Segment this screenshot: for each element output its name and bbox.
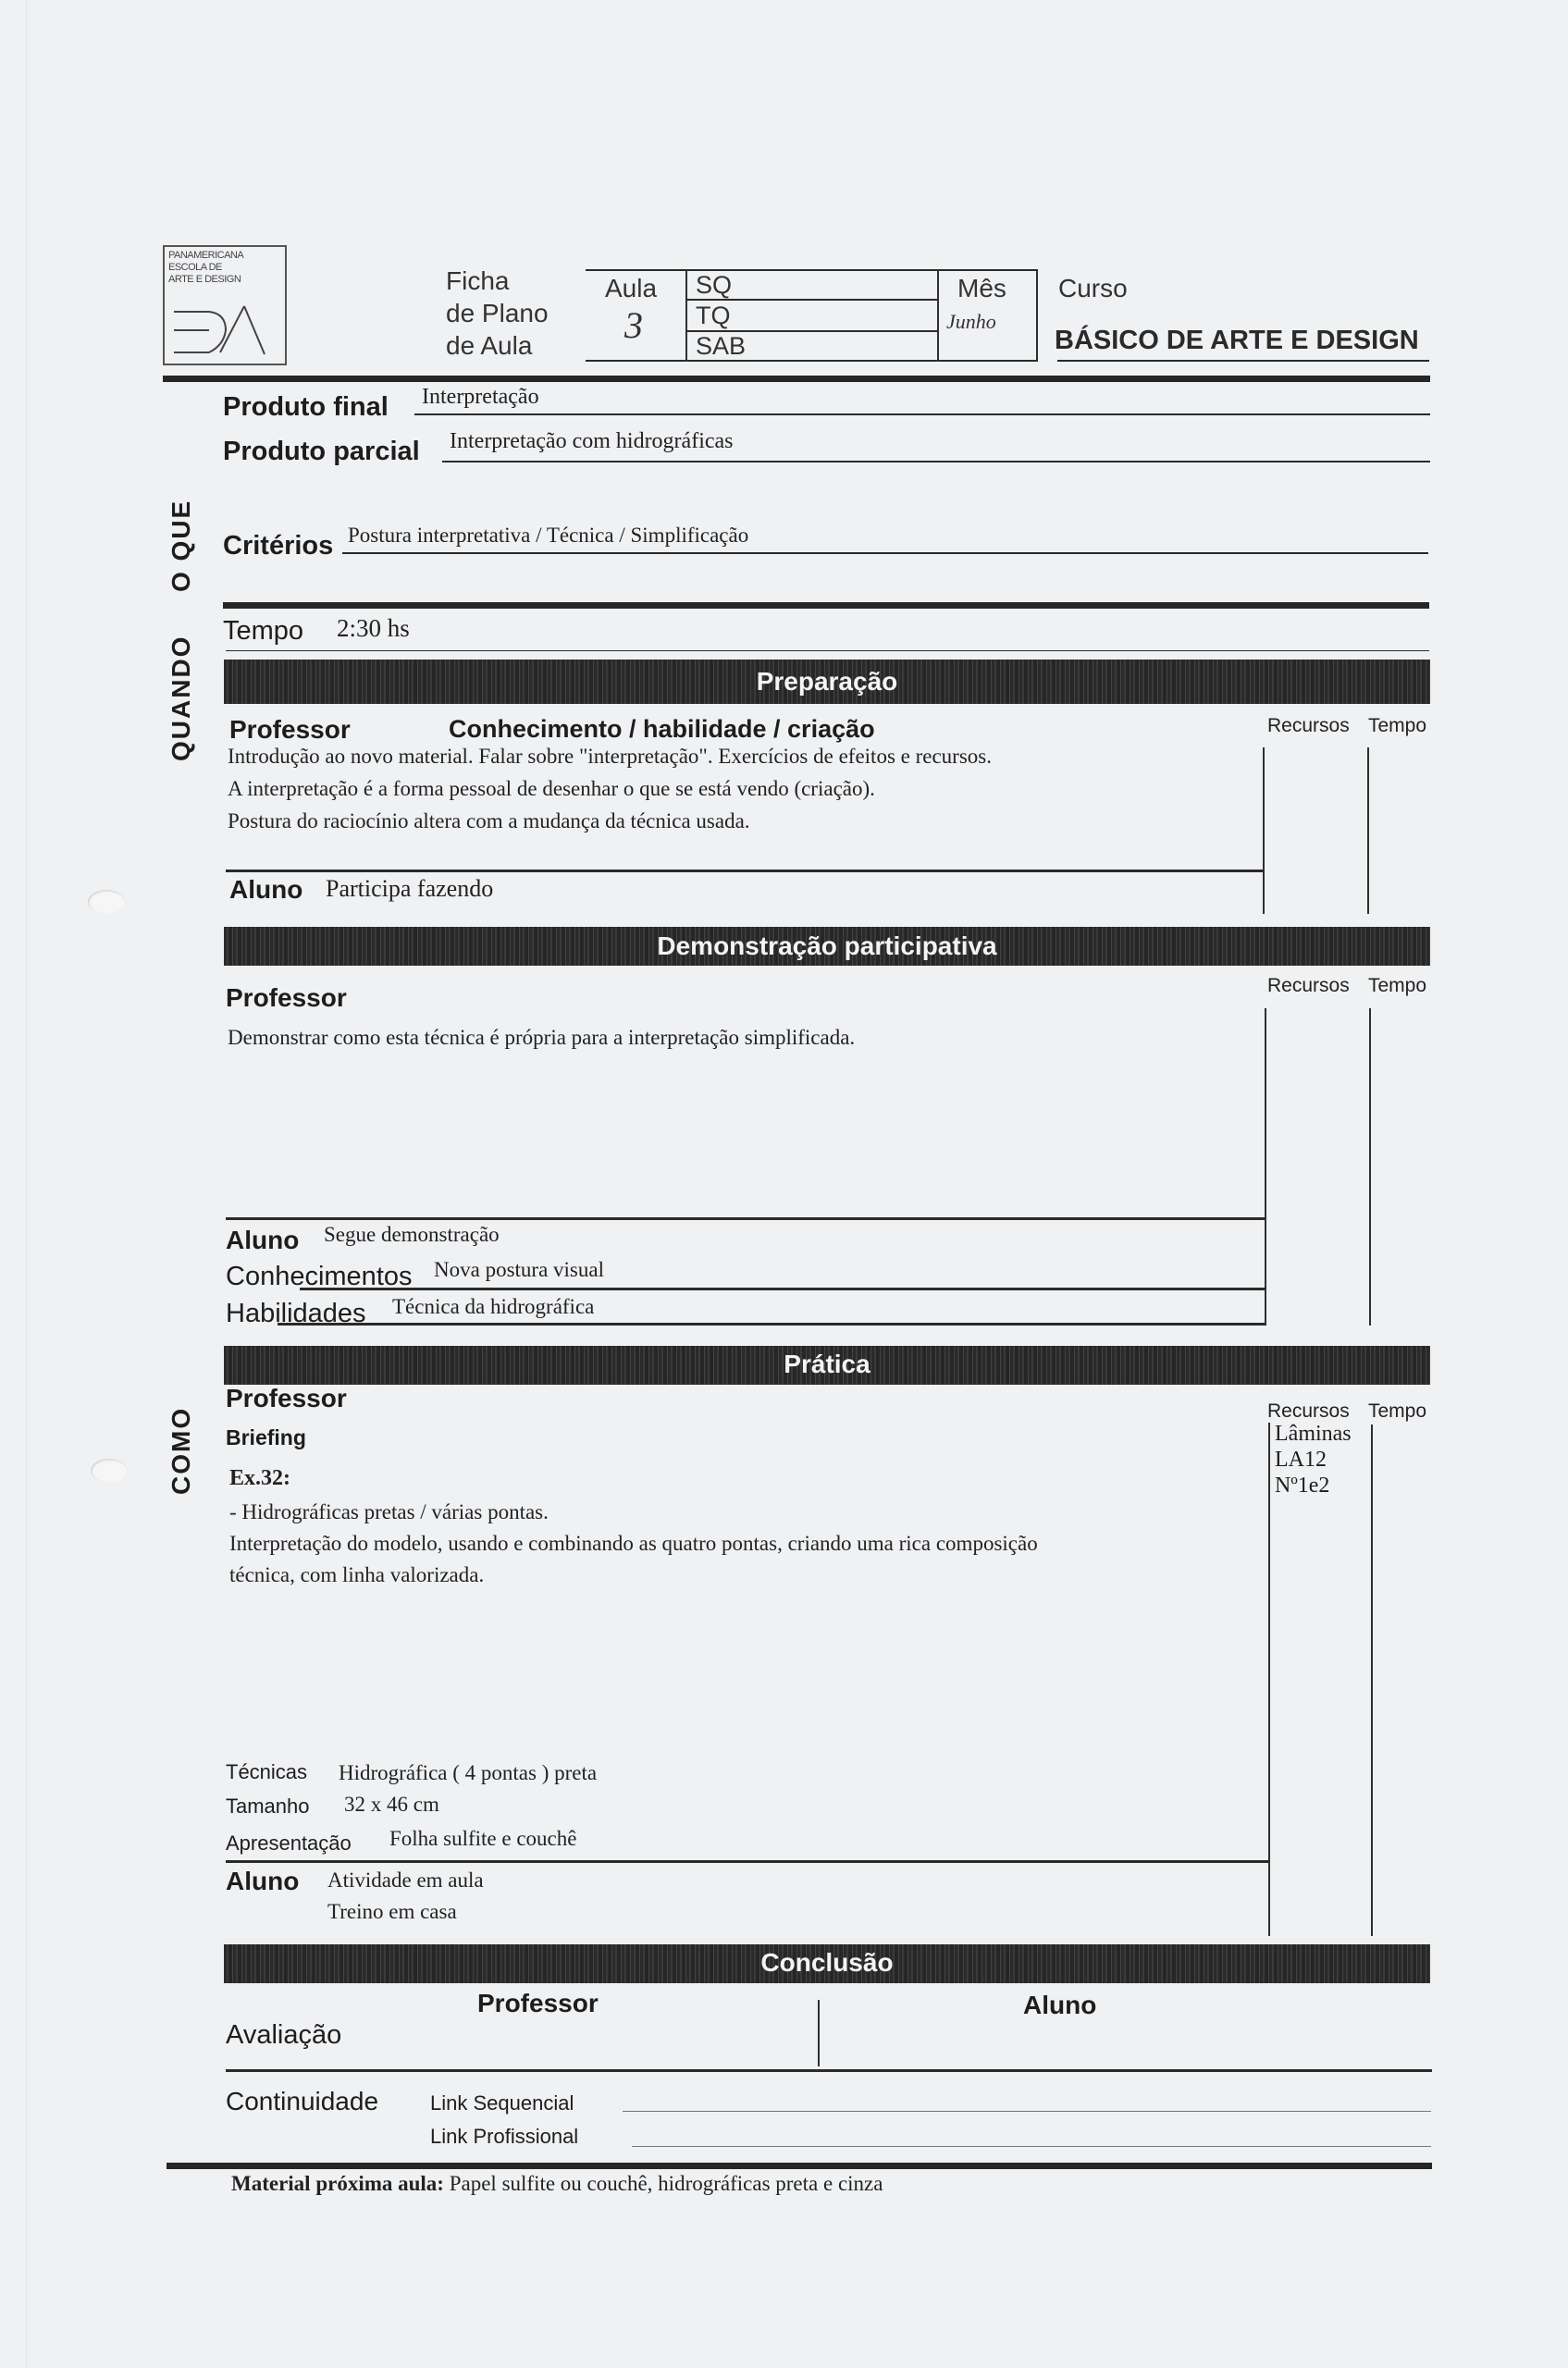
mes-right-border — [1036, 269, 1038, 362]
aula-number[interactable]: 3 — [624, 303, 643, 347]
recurso-item: Nº1e2 — [1275, 1473, 1352, 1498]
school-logo: PANAMERICANA ESCOLA DE ARTE E DESIGN — [163, 245, 287, 365]
tempo-header: Tempo — [1368, 975, 1426, 997]
recursos-header: Recursos — [1267, 715, 1350, 737]
schedule-option-sab[interactable]: SAB — [696, 332, 746, 361]
preparacao-text: Introdução ao novo material. Falar sobre… — [228, 740, 992, 837]
produto-parcial-value[interactable]: Interpretação com hidrográficas — [450, 429, 734, 454]
curso-value[interactable]: BÁSICO DE ARTE E DESIGN — [1055, 326, 1419, 356]
preparacao-line: Postura do raciocínio altera com a mudan… — [228, 805, 992, 837]
conclusao-professor-label: Professor — [477, 1989, 599, 2018]
pratica-text: - Hidrográficas pretas / várias pontas. … — [229, 1497, 1038, 1591]
exercise-number: Ex.32: — [229, 1466, 290, 1491]
side-label-quando: QUANDO — [167, 635, 196, 761]
conhecimentos-value[interactable]: Nova postura visual — [434, 1258, 604, 1282]
link-profissional-label: Link Profissional — [430, 2125, 578, 2149]
preparacao-aluno-value[interactable]: Participa fazendo — [326, 875, 493, 903]
recursos-column-line — [1263, 747, 1265, 914]
habilidades-value[interactable]: Técnica da hidrográfica — [392, 1295, 594, 1319]
demonstracao-aluno-value[interactable]: Segue demonstração — [324, 1223, 500, 1247]
pratica-recursos-list: Lâminas LA12 Nº1e2 — [1275, 1421, 1352, 1498]
link-profissional-field[interactable] — [632, 2146, 1431, 2147]
lesson-plan-sheet: PANAMERICANA ESCOLA DE ARTE E DESIGN Fic… — [0, 0, 1568, 2368]
criterios-underline — [342, 552, 1428, 554]
mes-label: Mês — [957, 274, 1006, 303]
tempo-value[interactable]: 2:30 hs — [337, 614, 410, 643]
produto-final-label: Produto final — [223, 392, 389, 423]
curso-label: Curso — [1058, 274, 1128, 303]
produto-parcial-underline — [442, 461, 1430, 462]
form-title-line: de Aula — [446, 329, 549, 362]
recurso-item: LA12 — [1275, 1447, 1352, 1473]
aula-divider — [685, 269, 687, 362]
pratica-line: - Hidrográficas pretas / várias pontas. — [229, 1497, 1038, 1528]
section-bar-preparacao: Preparação — [224, 660, 1430, 704]
recursos-column-line — [1265, 1008, 1266, 1326]
side-label-como: COMO — [167, 1406, 196, 1494]
preparacao-aluno-label: Aluno — [229, 875, 302, 905]
criterios-value[interactable]: Postura interpretativa / Técnica / Simpl… — [348, 524, 748, 548]
conclusao-aluno-label: Aluno — [1023, 1991, 1096, 2020]
logo-mark-icon — [172, 304, 274, 360]
link-sequencial-field[interactable] — [623, 2111, 1431, 2112]
curso-underline — [1057, 360, 1429, 362]
mes-value[interactable]: Junho — [946, 310, 996, 334]
aluno-activity[interactable]: Atividade em aula — [327, 1865, 484, 1896]
tempo-label: Tempo — [223, 616, 303, 647]
punch-hole — [88, 890, 125, 914]
tamanho-label: Tamanho — [226, 1794, 310, 1819]
schedule-option-tq[interactable]: TQ — [696, 302, 731, 330]
produto-parcial-label: Produto parcial — [223, 437, 420, 467]
tempo-column-line — [1369, 1008, 1371, 1326]
preparacao-line: A interpretação é a forma pessoal de des… — [228, 772, 992, 805]
material-proxima-aula: Material próxima aula: Papel sulfite ou … — [231, 2172, 883, 2196]
pratica-aluno-values: Atividade em aula Treino em casa — [327, 1865, 484, 1928]
section-bar-pratica: Prática — [224, 1346, 1430, 1385]
preparacao-aluno-rule — [226, 869, 1264, 872]
form-title-line: Ficha — [446, 265, 549, 297]
apresentacao-value[interactable]: Folha sulfite e couchê — [389, 1827, 576, 1851]
demonstracao-professor-label: Professor — [226, 983, 347, 1013]
tecnicas-label: Técnicas — [226, 1760, 307, 1784]
criterios-label: Critérios — [223, 531, 333, 561]
recursos-header: Recursos — [1267, 1400, 1350, 1423]
tempo-column-line — [1371, 1424, 1373, 1936]
logo-line: PANAMERICANA — [168, 250, 243, 262]
material-label: Material próxima aula: — [231, 2172, 444, 2195]
logo-line: ARTE E DESIGN — [168, 274, 243, 286]
pratica-professor-label: Professor — [226, 1384, 347, 1413]
punch-hole — [91, 1459, 128, 1483]
tempo-header: Tempo — [1368, 1400, 1426, 1423]
produto-final-value[interactable]: Interpretação — [422, 385, 539, 410]
avaliacao-rule — [226, 2069, 1432, 2072]
demonstracao-text: Demonstrar como esta técnica é própria p… — [228, 1026, 855, 1050]
section-bar-conclusao: Conclusão — [224, 1944, 1430, 1983]
form-title-line: de Plano — [446, 297, 549, 329]
tecnicas-value[interactable]: Hidrográfica ( 4 pontas ) preta — [339, 1761, 597, 1785]
page-edge — [26, 0, 27, 2368]
pratica-aluno-label: Aluno — [226, 1867, 299, 1896]
apresentacao-label: Apresentação — [226, 1831, 352, 1856]
logo-line: ESCOLA DE — [168, 262, 243, 274]
preparacao-line: Introdução ao novo material. Falar sobre… — [228, 740, 992, 772]
pratica-aluno-rule — [226, 1860, 1269, 1863]
recursos-column-line — [1268, 1423, 1270, 1936]
tempo-column-line — [1367, 747, 1369, 914]
header-rule — [163, 376, 1430, 382]
briefing-label: Briefing — [226, 1425, 306, 1450]
side-label-o-que: O QUE — [167, 499, 196, 592]
section-bar-demonstracao: Demonstração participativa — [224, 927, 1430, 966]
conclusao-divider — [818, 2000, 820, 2066]
tempo-underline — [226, 650, 1429, 651]
demonstracao-aluno-label: Aluno — [226, 1226, 299, 1255]
footer-rule — [167, 2163, 1432, 2169]
form-title: Ficha de Plano de Aula — [446, 265, 549, 362]
tamanho-value[interactable]: 32 x 46 cm — [344, 1793, 439, 1817]
aula-bottom-rule — [586, 360, 1037, 362]
habilidades-underline — [278, 1323, 1266, 1326]
recurso-item: Lâminas — [1275, 1421, 1352, 1447]
avaliacao-label: Avaliação — [226, 2020, 341, 2051]
schedule-option-sq[interactable]: SQ — [696, 271, 732, 300]
aula-top-rule — [586, 269, 1037, 271]
continuidade-label: Continuidade — [226, 2087, 378, 2116]
link-sequencial-label: Link Sequencial — [430, 2091, 574, 2115]
recursos-header: Recursos — [1267, 975, 1350, 997]
produto-final-underline — [414, 413, 1430, 415]
conhecimentos-underline — [300, 1288, 1266, 1290]
logo-text: PANAMERICANA ESCOLA DE ARTE E DESIGN — [168, 250, 243, 286]
pratica-line: técnica, com linha valorizada. — [229, 1560, 1038, 1591]
tempo-header: Tempo — [1368, 715, 1426, 737]
o-que-rule — [223, 602, 1429, 609]
material-value[interactable]: Papel sulfite ou couchê, hidrográficas p… — [450, 2172, 883, 2195]
demonstracao-aluno-rule — [226, 1217, 1266, 1220]
aula-label: Aula — [605, 274, 657, 303]
pratica-line: Interpretação do modelo, usando e combin… — [229, 1528, 1038, 1560]
aluno-activity[interactable]: Treino em casa — [327, 1896, 484, 1928]
mes-divider — [937, 269, 939, 362]
